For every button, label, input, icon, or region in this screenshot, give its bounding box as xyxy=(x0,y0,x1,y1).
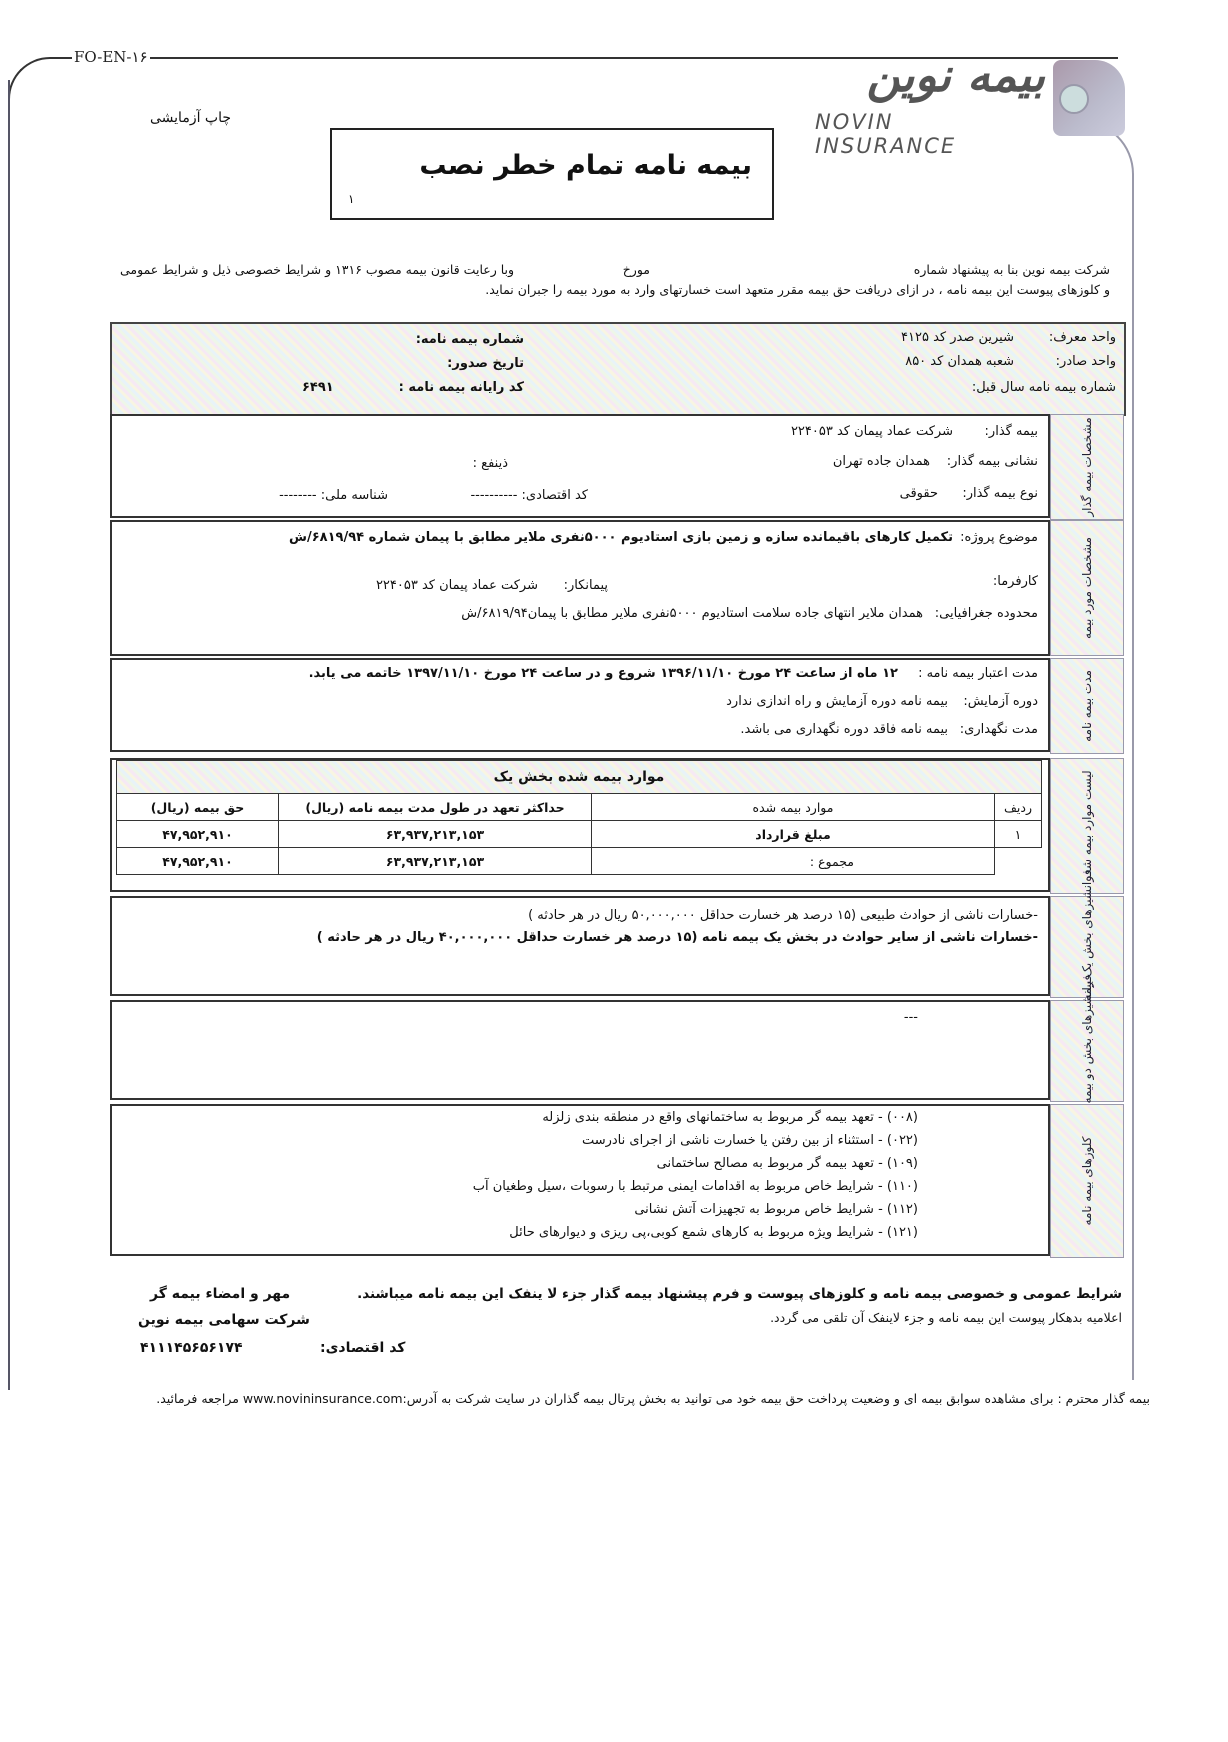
contractor-value: شرکت عماد پیمان کد ۲۲۴۰۵۳ xyxy=(376,578,538,593)
trial-print-label: چاپ آزمایشی xyxy=(150,110,231,126)
clause-item: (۰۲۲) - استثناء از بین رفتن یا خسارت ناش… xyxy=(582,1133,918,1148)
company-name: شرکت سهامی بیمه نوین xyxy=(138,1312,310,1328)
issuer-value: شعبه همدان کد ۸۵۰ xyxy=(905,354,1014,369)
frame-corner xyxy=(8,57,70,99)
clause-item: (۱۰۹) - تعهد بیمه گر مربوط به مصالح ساخت… xyxy=(657,1156,918,1171)
intro-date: مورخ xyxy=(623,262,650,277)
intro-law: وبا رعایت قانون بیمه مصوب ۱۳۱۶ و شرایط خ… xyxy=(120,262,514,277)
appendix-note: اعلامیه بدهکار پیوست این بیمه نامه و جزء… xyxy=(770,1310,1122,1325)
side-label-subject: مشخصات مورد بیمه xyxy=(1050,520,1124,656)
deductibles-2-section: --- xyxy=(110,1000,1050,1100)
frame-left-line xyxy=(8,80,10,1390)
terms-note: شرایط عمومی و خصوصی بیمه نامه و کلوزهای … xyxy=(357,1286,1122,1302)
side-label-deductibles-2: فرانشیزهای بخش دو بیمه نامه xyxy=(1050,1000,1124,1102)
validity-label: مدت اعتبار بیمه نامه : xyxy=(918,666,1038,681)
coverage-table: موارد بیمه شده بخش یک ردیف موارد بیمه شد… xyxy=(116,760,1042,875)
employer-label: کارفرما: xyxy=(993,574,1038,589)
frame-right-line xyxy=(1132,200,1134,1380)
insured-name-value: شرکت عماد پیمان کد ۲۲۴۰۵۳ xyxy=(791,424,953,439)
intro-line-2: و کلوزهای پیوست این بیمه نامه ، در ازای … xyxy=(120,282,1110,297)
title-box: بیمه نامه تمام خطر نصب ۱ xyxy=(330,128,774,220)
total-premium: ۴۷,۹۵۲,۹۱۰ xyxy=(117,848,279,875)
total-row: مجموع : ۶۳,۹۳۷,۲۱۳,۱۵۳ ۴۷,۹۵۲,۹۱۰ xyxy=(117,848,1042,875)
logo-text-fa: بیمه نوین xyxy=(867,48,1045,102)
project-value: تکمیل کارهای باقیمانده سازه و زمین بازی … xyxy=(289,530,953,545)
col-header-max-liability: حداکثر تعهد در طول مدت بیمه نامه (ریال) xyxy=(279,794,592,821)
total-max-liability: ۶۳,۹۳۷,۲۱۳,۱۵۳ xyxy=(279,848,592,875)
clause-item: (۱۲۱) - شرایط ویژه مربوط به کارهای شمع ک… xyxy=(509,1225,918,1240)
signature-title: مهر و امضاء بیمه گر xyxy=(150,1286,290,1302)
rayaneh-code-value: ۶۴۹۱ xyxy=(302,380,334,395)
title-mark: ۱ xyxy=(348,192,354,206)
national-id-field: شناسه ملی: -------- xyxy=(279,488,388,503)
insured-type-value: حقوقی xyxy=(900,486,938,501)
clause-item: (۰۰۸) - تعهد بیمه گر مربوط به ساختمانهای… xyxy=(542,1110,918,1125)
insured-name-label: بیمه گذار: xyxy=(985,424,1038,439)
insured-address-value: همدان جاده تهران xyxy=(833,454,930,469)
deductibles-2-value: --- xyxy=(904,1010,918,1025)
maintenance-value: بیمه نامه فاقد دوره نگهداری می باشد. xyxy=(740,722,948,737)
beneficiary-label: ذینفع : xyxy=(473,456,508,471)
test-period-value: بیمه نامه دوره آزمایش و راه اندازی ندارد xyxy=(726,694,948,709)
deductible-item: -خسارات ناشی از سایر حوادث در بخش یک بیم… xyxy=(317,930,1038,945)
clause-item: (۱۱۲) - شرایط خاص مربوط به تجهیزات آتش ن… xyxy=(634,1202,918,1217)
intro-proposal: شرکت بیمه نوین بنا به پیشنهاد شماره xyxy=(914,262,1110,277)
introducer-value: شیرین صدر کد ۴۱۲۵ xyxy=(901,330,1014,345)
col-header-premium: حق بیمه (ریال) xyxy=(117,794,279,821)
policy-number-label: شماره بیمه نامه: xyxy=(416,332,524,347)
insured-type-label: نوع بیمه گذار: xyxy=(962,486,1038,501)
introducer-label: واحد معرف: xyxy=(1049,330,1116,345)
geo-label: محدوده جغرافیایی: xyxy=(935,606,1038,621)
units-box: واحد معرف: شیرین صدر کد ۴۱۲۵ واحد صادر: … xyxy=(110,322,1126,416)
deductible-item: -خسارات ناشی از حوادث طبیعی (۱۵ درصد هر … xyxy=(528,908,1038,923)
deductibles-section: -خسارات ناشی از حوادث طبیعی (۱۵ درصد هر … xyxy=(110,896,1050,996)
insured-address-label: نشانی بیمه گذار: xyxy=(947,454,1038,469)
prev-policy-label: شماره بیمه نامه سال قبل: xyxy=(972,380,1116,395)
project-label: موضوع پروژه: xyxy=(960,530,1038,545)
maintenance-label: مدت نگهداری: xyxy=(960,722,1038,737)
row-premium: ۴۷,۹۵۲,۹۱۰ xyxy=(117,821,279,848)
validity-value: ۱۲ ماه از ساعت ۲۴ مورخ ۱۳۹۶/۱۱/۱۰ شروع و… xyxy=(309,666,898,681)
clauses-section: (۰۰۸) - تعهد بیمه گر مربوط به ساختمانهای… xyxy=(110,1104,1050,1256)
company-logo: بیمه نوین NOVIN INSURANCE xyxy=(815,40,1125,140)
total-label: مجموع : xyxy=(592,848,995,875)
subject-section: موضوع پروژه: تکمیل کارهای باقیمانده سازه… xyxy=(110,520,1050,656)
rayaneh-code-label: کد رایانه بیمه نامه : xyxy=(399,380,524,395)
test-period-label: دوره آزمایش: xyxy=(963,694,1038,709)
side-label-insured: مشخصات بیمه گذار xyxy=(1050,414,1124,520)
form-code: FO-EN-۱۶ xyxy=(72,48,150,66)
col-header-item: موارد بیمه شده xyxy=(592,794,995,821)
econ-code-field: کد اقتصادی: ---------- xyxy=(470,488,588,503)
page-title: بیمه نامه تمام خطر نصب xyxy=(419,150,752,181)
col-header-row: ردیف xyxy=(995,794,1042,821)
row-item: مبلغ قرارداد xyxy=(592,821,995,848)
side-label-duration: مدت بیمه نامه xyxy=(1050,658,1124,754)
insured-section: بیمه گذار: شرکت عماد پیمان کد ۲۲۴۰۵۳ نشا… xyxy=(110,414,1050,518)
portal-note: بیمه گذار محترم : برای مشاهده سوابق بیمه… xyxy=(0,1391,1150,1406)
clause-item: (۱۱۰) - شرایط خاص مربوط به اقدامات ایمنی… xyxy=(473,1179,918,1194)
logo-mark-icon xyxy=(1053,60,1125,136)
logo-text-en: NOVIN INSURANCE xyxy=(815,110,1043,158)
row-number: ۱ xyxy=(995,821,1042,848)
table-row: ۱ مبلغ قرارداد ۶۳,۹۳۷,۲۱۳,۱۵۳ ۴۷,۹۵۲,۹۱۰ xyxy=(117,821,1042,848)
duration-section: مدت اعتبار بیمه نامه : ۱۲ ماه از ساعت ۲۴… xyxy=(110,658,1050,752)
contractor-label: پیمانکار: xyxy=(564,578,608,593)
issue-date-label: تاریخ صدور: xyxy=(447,356,524,371)
issuer-label: واحد صادر: xyxy=(1056,354,1116,369)
coverage-title: موارد بیمه شده بخش یک xyxy=(117,761,1042,794)
side-label-clauses: کلوزهای بیمه نامه xyxy=(1050,1104,1124,1258)
econ-code-label: کد اقتصادی: xyxy=(320,1340,405,1356)
geo-value: همدان ملایر انتهای جاده سلامت استادیوم ۵… xyxy=(461,606,923,621)
econ-code-value: ۴۱۱۱۴۵۶۵۶۱۷۴ xyxy=(140,1340,243,1356)
row-max-liability: ۶۳,۹۳۷,۲۱۳,۱۵۳ xyxy=(279,821,592,848)
